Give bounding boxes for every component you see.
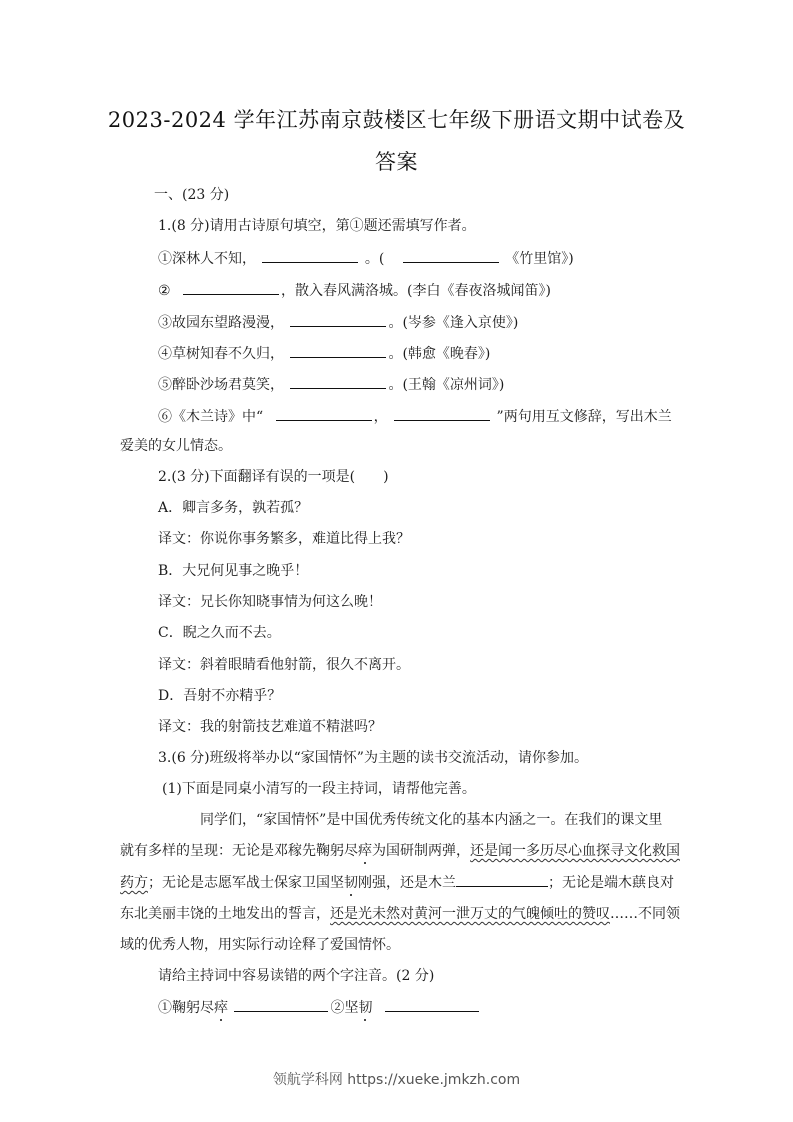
q1-item-2-suffix: ，散入春风满洛城。(李白《春夜洛城闻笛》) xyxy=(281,283,551,299)
footer-watermark: 领航学科网 https://xueke.jmkzh.com xyxy=(0,1069,793,1089)
passage-text: ；无论是志愿军战士保家卫国坚 xyxy=(148,875,344,891)
q1-item-5: ⑤醉卧沙场君莫笑， 。(王翰《凉州词》) xyxy=(158,374,504,395)
q1-item-6-prefix: ⑥《木兰诗》中“ xyxy=(158,409,263,425)
q1-item-4-suffix: 。(韩愈《晚春》) xyxy=(388,346,490,362)
passage-line-5: 域的优秀人物，用实际行动诠释了爱国情怀。 xyxy=(120,935,400,955)
q1-item-1-suffix: 《竹里馆》) xyxy=(505,251,573,267)
pinyin-task: 请给主持词中容易读错的两个字注音。(2 分) xyxy=(158,966,434,986)
emphasis-char: 韧 xyxy=(344,875,358,891)
passage-line-4: 东北美丽丰饶的土地发出的誓言，还是光未然对黄河一泄万丈的气魄倾吐的赞叹……不同领 xyxy=(120,904,680,924)
q1-item-5-suffix: 。(王翰《凉州词》) xyxy=(388,377,504,393)
document-title-line2: 答案 xyxy=(0,146,793,176)
q2-option-d: D．吾射不亦精乎？ xyxy=(158,686,281,706)
answer-blank[interactable] xyxy=(276,406,372,421)
passage-text: ；无论是端木蕻良对 xyxy=(548,875,674,891)
pinyin-blank-2[interactable] xyxy=(385,997,479,1012)
q1-item-3-prefix: ③故园东望路漫漫， xyxy=(158,315,284,331)
underlined-phrase: 还是光未然对黄河一泄万丈的气魄倾吐的赞叹 xyxy=(330,906,610,922)
passage-text: 刚强，还是木兰 xyxy=(358,875,456,891)
q1-item-6-suffix: ”两句用互文修辞，写出木兰 xyxy=(497,409,672,425)
question-3-stem: 3.(6 分)班级将举办以“家国情怀”为主题的读书交流活动，请你参加。 xyxy=(158,748,588,768)
q2-option-d-translation: 译文：我的射箭技艺难道不精湛吗？ xyxy=(158,717,382,737)
q3-subquestion-1: (1)下面是同桌小清写的一段主持词，请帮他完善。 xyxy=(162,779,476,799)
answer-blank[interactable] xyxy=(394,406,490,421)
pinyin-item-1-text: ①鞠躬尽 xyxy=(158,1000,214,1016)
answer-blank[interactable] xyxy=(262,248,358,263)
passage-text: 东北美丽丰饶的土地发出的誓言， xyxy=(120,906,330,922)
question-1-stem: 1.(8 分)请用古诗原句填空，第①题还需填写作者。 xyxy=(158,216,476,236)
underlined-phrase: 还是闻一多历尽心血探寻文化救国 xyxy=(470,843,680,859)
author-blank[interactable] xyxy=(403,248,499,263)
answer-blank[interactable] xyxy=(290,343,386,358)
exam-page: 2023-2024 学年江苏南京鼓楼区七年级下册语文期中试卷及 答案 一、(23… xyxy=(0,0,793,1122)
q1-item-6-continuation: 爱美的女儿情态。 xyxy=(120,436,232,456)
document-title-line1: 2023-2024 学年江苏南京鼓楼区七年级下册语文期中试卷及 xyxy=(0,104,793,134)
q1-item-2: ② ，散入春风满洛城。(李白《春夜洛城闻笛》) xyxy=(158,280,551,301)
q2-option-b: B．大兄何见事之晚乎！ xyxy=(158,561,308,581)
question-2-stem: 2.(3 分)下面翻译有误的一项是( ) xyxy=(158,467,389,487)
passage-line-3: 药方；无论是志愿军战士保家卫国坚韧刚强，还是木兰；无论是端木蕻良对 xyxy=(120,872,674,893)
q1-item-6-mid: ， xyxy=(374,409,388,425)
passage-line-2: 就有多样的呈现：无论是邓稼先鞠躬尽瘁为国研制两弹，还是闻一多历尽心血探寻文化救国 xyxy=(120,841,680,861)
answer-blank[interactable] xyxy=(290,374,386,389)
q1-item-2-prefix: ② xyxy=(158,283,171,299)
pinyin-item-2-text: ②坚 xyxy=(330,1000,358,1016)
passage-text: 就有多样的呈现：无论是邓稼先鞠躬尽 xyxy=(120,843,358,859)
q1-item-6: ⑥《木兰诗》中“ ， ”两句用互文修辞，写出木兰 xyxy=(158,406,672,427)
emphasis-char: 瘁 xyxy=(214,1000,228,1016)
q1-item-1-prefix: ①深林人不知， xyxy=(158,251,256,267)
q1-item-3-suffix: 。(岑参《逢入京使》) xyxy=(388,315,518,331)
pinyin-items: ①鞠躬尽瘁 ②坚韧 xyxy=(158,997,481,1018)
q1-item-4: ④草树知春不久归， 。(韩愈《晚春》) xyxy=(158,343,490,364)
passage-line-1: 同学们，“家国情怀”是中国优秀传统文化的基本内涵之一。在我们的课文里 xyxy=(200,810,662,830)
q2-option-b-translation: 译文：兄长你知晓事情为何这么晚！ xyxy=(158,592,382,612)
emphasis-char: 瘁 xyxy=(358,843,372,859)
pinyin-blank-1[interactable] xyxy=(234,997,328,1012)
passage-text: ……不同领 xyxy=(610,906,680,922)
passage-text: 为国研制两弹， xyxy=(372,843,470,859)
q1-item-5-prefix: ⑤醉卧沙场君莫笑， xyxy=(158,377,284,393)
q2-option-a: A．卿言多务，孰若孤？ xyxy=(158,498,308,518)
q1-item-1: ①深林人不知， 。( 《竹里馆》) xyxy=(158,248,574,269)
section-heading: 一、(23 分) xyxy=(154,185,229,205)
q1-item-1-mid: 。( xyxy=(365,251,384,267)
answer-blank[interactable] xyxy=(183,280,279,295)
q2-option-c: C．睨之久而不去。 xyxy=(158,623,281,643)
q1-item-4-prefix: ④草树知春不久归， xyxy=(158,346,284,362)
emphasis-char: 韧 xyxy=(358,1000,372,1016)
q2-option-a-translation: 译文：你说你事务繁多，难道比得上我？ xyxy=(158,529,410,549)
fill-blank[interactable] xyxy=(456,872,548,887)
underlined-phrase: 药方 xyxy=(120,875,148,891)
q2-option-c-translation: 译文：斜着眼睛看他射箭，很久不离开。 xyxy=(158,655,410,675)
q1-item-3: ③故园东望路漫漫， 。(岑参《逢入京使》) xyxy=(158,312,518,333)
answer-blank[interactable] xyxy=(290,312,386,327)
